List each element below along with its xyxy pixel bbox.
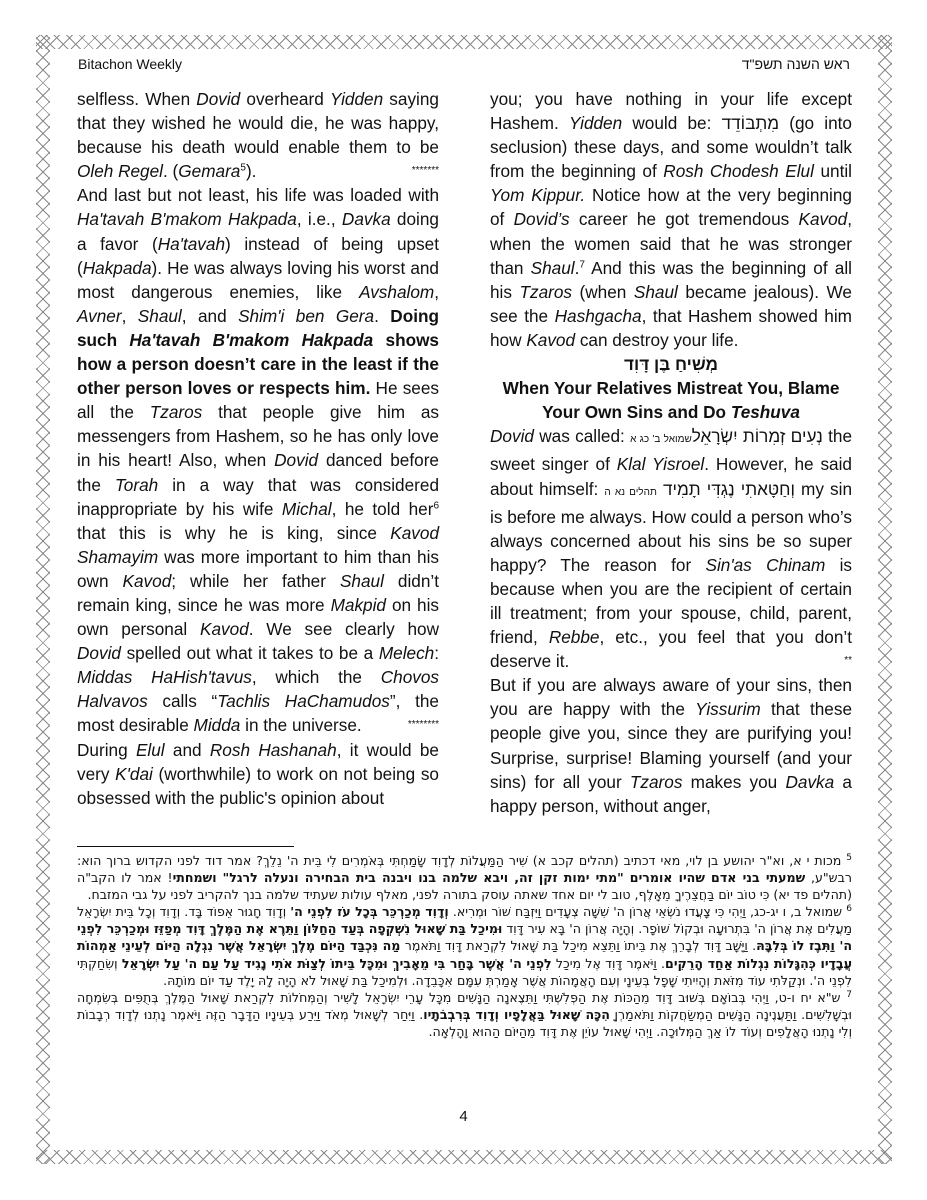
text: . ( bbox=[163, 161, 178, 181]
hebrew-quote: וְחַטָּאתִי נֶגְדִּי תָמִיד תהלים נא ה bbox=[604, 479, 795, 499]
footnote-number: 7 bbox=[846, 990, 852, 1000]
italic-term: Rosh Hashanah bbox=[210, 740, 337, 760]
italic-term: Shaul bbox=[138, 306, 182, 326]
decorative-border-right bbox=[878, 35, 892, 1164]
footnote-5: 5 מכות י א, וא"ר יהושע בן לוי, מאי דכתיב… bbox=[77, 852, 852, 903]
issue-date-hebrew: ראש השנה תשפ"ד bbox=[742, 56, 850, 72]
italic-term: Tzaros bbox=[520, 282, 573, 302]
bold-italic-term: Ha'tavah B'makom Hakpada bbox=[129, 330, 373, 350]
hebrew-text: נְעִים זְמִרוֹת יִשְׂרָאֵל bbox=[692, 426, 823, 446]
italic-term: Oleh Regel bbox=[77, 161, 163, 181]
italic-term: Kavod bbox=[526, 330, 575, 350]
text: (when bbox=[572, 282, 634, 302]
italic-term: Melech bbox=[379, 643, 434, 663]
paragraph: But if you are always aware of your sins… bbox=[490, 673, 852, 818]
text: can destroy your life. bbox=[575, 330, 738, 350]
italic-term: Dovid bbox=[490, 426, 534, 446]
italic-term: Rebbe bbox=[549, 627, 600, 647]
text: overheard bbox=[240, 89, 330, 109]
italic-term: Hakpada bbox=[83, 258, 152, 278]
italic-term: Shaul bbox=[340, 571, 384, 591]
italic-term: Kavod bbox=[799, 209, 848, 229]
italic-term: Gemara bbox=[178, 161, 240, 181]
decorative-border-bottom bbox=[36, 1150, 892, 1164]
italic-term: Sin'as Chinam bbox=[706, 555, 826, 575]
footnote-text: שמואל ב, ו יג-כג, וַיְהִי כִּי צָעֲדוּ נ… bbox=[449, 904, 847, 919]
footnote-bold-text: שמעתי בני אדם שהיו אומרים "מתי ימות זקן … bbox=[173, 870, 806, 885]
footnote-separator bbox=[77, 846, 294, 847]
italic-term: Midda bbox=[194, 715, 241, 735]
text: career he got tremendous bbox=[570, 209, 799, 229]
italic-term: Dovid bbox=[274, 450, 318, 470]
italic-term: Dovid’s bbox=[514, 209, 570, 229]
text: makes you bbox=[682, 772, 785, 792]
text: , he told her bbox=[332, 499, 434, 519]
italic-term: Yissurim bbox=[695, 699, 761, 719]
italic-term: Yidden bbox=[569, 113, 622, 133]
italic-term: Klal Yisroel bbox=[617, 454, 704, 474]
paragraph: During Elul and Rosh Hashanah, it would … bbox=[77, 738, 439, 810]
italic-term: K'dai bbox=[115, 764, 153, 784]
page-number: 4 bbox=[0, 1108, 927, 1125]
text: , which the bbox=[252, 667, 381, 687]
italic-term: Elul bbox=[136, 740, 165, 760]
text: , and bbox=[182, 306, 238, 326]
hebrew-text: וְחַטָּאתִי נֶגְדִּי תָמִיד bbox=[663, 479, 795, 499]
text: And last but not least, his life was loa… bbox=[77, 185, 439, 205]
italic-term: Middas HaHish'tavus bbox=[77, 667, 252, 687]
italic-term: Rosh Chodesh Elul bbox=[663, 161, 814, 181]
text: that this is why he is king, since bbox=[77, 523, 390, 543]
footnote-bold-text: וְדָוִד מְכַרְכֵּר בְּכָל עֹז לִפְנֵי ה' bbox=[290, 904, 448, 919]
hebrew-source: תהלים נא ה bbox=[604, 487, 656, 498]
footnote-bold-text: לִפְנֵי ה' אֲשֶׁר בָּחַר בִּי מֵאָבִיךְ … bbox=[122, 956, 552, 971]
text: ; while her father bbox=[171, 571, 340, 591]
text: until bbox=[814, 161, 852, 181]
italic-term: Davka bbox=[342, 209, 391, 229]
text: , bbox=[122, 306, 138, 326]
heading-italic-term: Teshuva bbox=[731, 402, 800, 422]
text: , i.e., bbox=[297, 209, 342, 229]
paragraph: you; you have nothing in your life excep… bbox=[490, 87, 852, 352]
paragraph: Dovid was called: נְעִים זְמִרוֹת יִשְׂר… bbox=[490, 424, 852, 673]
italic-term: Michal bbox=[282, 499, 332, 519]
footnote-number: 6 bbox=[846, 904, 852, 914]
footnote-6: 6 שמואל ב, ו יג-כג, וַיְהִי כִּי צָעֲדוּ… bbox=[77, 903, 852, 988]
italic-term: Dovid bbox=[196, 89, 240, 109]
italic-term: Ha'tavah B'makom Hakpada bbox=[77, 209, 297, 229]
footnote-text: . וַיֹּאמֶר דָּוִד אֶל מִיכַל bbox=[552, 956, 665, 971]
italic-term: Torah bbox=[115, 475, 158, 495]
hebrew-quote: נְעִים זְמִרוֹת יִשְׂרָאֵלשמואל ב' כג א bbox=[630, 426, 823, 446]
italic-term: Davka bbox=[785, 772, 834, 792]
italic-term: Tzaros bbox=[150, 402, 203, 422]
text: selfless. When bbox=[77, 89, 196, 109]
italic-term: Kavod bbox=[123, 571, 172, 591]
italic-term: Yom Kippur. bbox=[490, 185, 585, 205]
decorative-border-top bbox=[36, 35, 892, 49]
page-header: Bitachon Weekly ראש השנה תשפ"ד bbox=[78, 56, 850, 76]
text: , bbox=[434, 282, 439, 302]
section-separator: ** bbox=[844, 649, 852, 673]
text: . We see clearly how bbox=[249, 619, 439, 639]
publication-title: Bitachon Weekly bbox=[78, 56, 182, 72]
footnote-7: 7 ש"א יח ו-ט, וַיְהִי בְּבוֹאָם בְּשׁוּב… bbox=[77, 989, 852, 1040]
text: spelled out what it takes to be a bbox=[121, 643, 379, 663]
paragraph: selfless. When Dovid overheard Yidden sa… bbox=[77, 87, 439, 183]
text: ). bbox=[246, 161, 257, 181]
decorative-border-left bbox=[36, 35, 50, 1164]
italic-term: Shaul bbox=[531, 258, 575, 278]
footnote-bold-text: הִכָּה שָׁאוּל בַּאֲלָפָיו וְדָוִד בְּרִ… bbox=[423, 1007, 610, 1022]
italic-term: Makpid bbox=[331, 595, 386, 615]
text: in the universe. bbox=[240, 715, 361, 735]
section-heading-hebrew: מְשִׁיחַ בֶּן דָּוִד bbox=[490, 352, 852, 376]
text: and bbox=[165, 740, 210, 760]
italic-term: Ha'tavah bbox=[158, 234, 225, 254]
italic-term: Avner bbox=[77, 306, 122, 326]
italic-term: Hashgacha bbox=[555, 306, 642, 326]
italic-term: Shim'i ben Gera bbox=[238, 306, 374, 326]
footnote-number: 5 bbox=[846, 853, 852, 863]
right-column: you; you have nothing in your life excep… bbox=[490, 87, 852, 818]
hebrew-term: מִתְבּוֹדֵד bbox=[722, 113, 779, 133]
italic-term: Kavod bbox=[200, 619, 249, 639]
paragraph: And last but not least, his life was loa… bbox=[77, 183, 439, 737]
italic-term: Shaul bbox=[634, 282, 678, 302]
section-separator: ******** bbox=[408, 713, 439, 737]
left-column: selfless. When Dovid overheard Yidden sa… bbox=[77, 87, 439, 810]
footnote-ref[interactable]: 6 bbox=[433, 500, 439, 511]
text: During bbox=[77, 740, 136, 760]
italic-term: Yidden bbox=[330, 89, 383, 109]
italic-term: Avshalom bbox=[359, 282, 434, 302]
section-heading: When Your Relatives Mistreat You, Blame … bbox=[490, 376, 852, 424]
text: was called: bbox=[534, 426, 630, 446]
section-separator: ******* bbox=[412, 159, 439, 183]
text: : bbox=[434, 643, 439, 663]
text: would be: bbox=[622, 113, 721, 133]
italic-term: Tachlis HaChamudos bbox=[217, 691, 390, 711]
italic-term: Tzaros bbox=[630, 772, 683, 792]
footnote-text: . וַיָּשָׁב דָּוִד לְבָרֵךְ אֶת בֵּיתוֹ … bbox=[400, 938, 756, 953]
footnotes: 5 מכות י א, וא"ר יהושע בן לוי, מאי דכתיב… bbox=[77, 852, 852, 1040]
hebrew-source: שמואל ב' כג א bbox=[630, 434, 692, 445]
text: . bbox=[374, 306, 390, 326]
text: calls “ bbox=[148, 691, 218, 711]
italic-term: Dovid bbox=[77, 643, 121, 663]
